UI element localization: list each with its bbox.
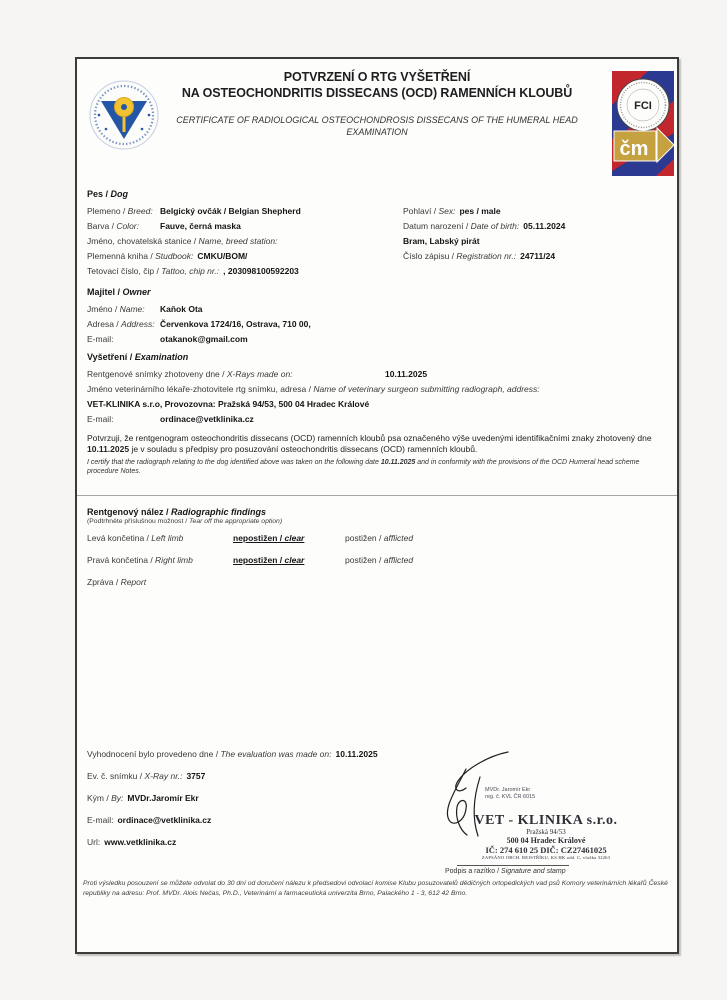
findings-section-heading: Rentgenový nález / Radiographic findings <box>87 507 266 517</box>
vet-reg-small: reg. č. KVL ČR 6015 <box>485 794 535 801</box>
xray-date-label: Rentgenové snímky zhotoveny dne / X-Rays… <box>87 367 385 382</box>
left-limb-finding-row: Levá končetina / Left limb nepostižen / … <box>87 533 413 543</box>
appeal-instructions-paragraph: Proti výsledku posouzení se můžete odvol… <box>83 879 669 898</box>
studbook-value: CMKU/BOM/ <box>197 249 247 264</box>
veterinarian-registration-note: MVDr. Jaromír Ekr reg. č. KVL ČR 6015 <box>485 787 535 800</box>
birth-label: Datum narození / Date of birth: <box>403 219 519 234</box>
xray-date-value: 10.11.2025 <box>385 367 427 382</box>
registration-value: 24711/24 <box>520 249 555 264</box>
tattoo-value: , 203098100592203 <box>223 264 299 279</box>
name-station-label: Jméno, chovatelská stanice / Name, breed… <box>87 234 277 249</box>
dog-name-value: Bram, Labský pirát <box>403 234 480 249</box>
dog-details-right: Pohlaví / Sex: pes / male Datum narození… <box>403 204 673 264</box>
cert-cz-text-after: je v souladu s předpisy pro posuzování o… <box>129 444 477 454</box>
right-limb-finding-row: Pravá končetina / Right limb nepostižen … <box>87 555 413 565</box>
tattoo-label: Tetovací číslo, čip / Tattoo, chip nr.: <box>87 264 219 279</box>
cert-en-text-before: I certify that the radiograph relating t… <box>87 459 381 466</box>
clinic-value: VET-KLINIKA s.r.o, Provozovna: Pražská 9… <box>87 397 369 412</box>
evaluation-details: Vyhodnocení bylo provedeno dne / The eva… <box>87 743 447 853</box>
dog-sex-row: Pohlaví / Sex: pes / male <box>403 204 673 219</box>
subtitle-line1: CERTIFICATE OF RADIOLOGICAL OSTEOCHONDRO… <box>167 114 587 126</box>
xray-number-row: Ev. č. snímku / X-Ray nr.: 3757 <box>87 765 447 787</box>
certification-paragraph-czech: Potvrzuji, že rentgenogram osteochondrit… <box>87 433 669 455</box>
owner-email-label: E-mail: <box>87 332 160 347</box>
findings-underline-note: (Podtrhněte příslušnou možnost / Tear of… <box>87 518 282 525</box>
clinic-email-row: E-mail: ordinace@vetklinika.cz <box>87 809 447 831</box>
subtitle-line2: EXAMINATION <box>167 126 587 138</box>
left-limb-afflicted-option: postižen / afflicted <box>345 533 413 543</box>
evaluated-by-value: MVDr.Jaromír Ekr <box>127 787 198 809</box>
dog-name-station-row: Jméno, chovatelská stanice / Name, breed… <box>87 234 405 249</box>
dog-birth-row: Datum narození / Date of birth: 05.11.20… <box>403 219 673 234</box>
surgeon-label: Jméno veterinárního lékaře-zhotovitele r… <box>87 382 540 397</box>
clinic-url-label: Url: <box>87 831 100 853</box>
certification-paragraph-english: I certify that the radiograph relating t… <box>87 458 669 476</box>
breed-label: Plemeno / Breed: <box>87 204 160 219</box>
owner-email-value: otakanok@gmail.com <box>160 332 248 347</box>
cmu-text: čm <box>620 138 649 160</box>
title-line1: POTVRZENÍ O RTG VYŠETŘENÍ <box>167 69 587 85</box>
exam-email-value: ordinace@vetklinika.cz <box>160 412 254 427</box>
clinic-email-value: ordinace@vetklinika.cz <box>117 809 211 831</box>
stamp-clinic-name: VET - KLINIKA s.r.o. <box>435 813 657 828</box>
owner-section-heading: Majitel / Owner <box>87 287 151 297</box>
breed-value: Belgický ovčák / Belgian Shepherd <box>160 204 301 219</box>
evaluated-by-row: Kým / By: MVDr.Jaromír Ekr <box>87 787 447 809</box>
certificate-frame: POTVRZENÍ O RTG VYŠETŘENÍ NA OSTEOCHONDR… <box>75 57 679 954</box>
dog-registration-row: Číslo zápisu / Registration nr.: 24711/2… <box>403 249 673 264</box>
exam-email-label: E-mail: <box>87 412 160 427</box>
right-limb-label: Pravá končetina / Right limb <box>87 555 233 565</box>
xray-number-value: 3757 <box>186 765 205 787</box>
dog-breed-row: Plemeno / Breed: Belgický ovčák / Belgia… <box>87 204 405 219</box>
owner-email-row: E-mail: otakanok@gmail.com <box>87 332 507 347</box>
registration-label: Číslo zápisu / Registration nr.: <box>403 249 516 264</box>
clinic-url-row: Url: www.vetklinika.cz <box>87 831 447 853</box>
dog-tattoo-row: Tetovací číslo, čip / Tattoo, chip nr.: … <box>87 264 405 279</box>
stamp-company-ids: IČ: 274 610 25 DIČ: CZ27461025 <box>435 845 657 855</box>
examination-section-heading: Vyšetření / Examination <box>87 352 188 362</box>
signature-stamp-caption: Podpis a razítko / Signature and stamp <box>445 868 645 875</box>
owner-address-value: Červenkova 1724/16, Ostrava, 710 00, <box>160 317 311 332</box>
dog-studbook-row: Plemenná kniha / Studbook: CMKU/BOM/ <box>87 249 405 264</box>
report-label: Zpráva / Report <box>87 577 146 587</box>
cert-cz-date: 10.11.2025 <box>87 444 129 454</box>
subtitle-english: CERTIFICATE OF RADIOLOGICAL OSTEOCHONDRO… <box>167 114 587 138</box>
fci-cmku-banner-icon: FCI čm <box>612 71 674 176</box>
birth-value: 05.11.2024 <box>523 219 565 234</box>
color-value: Fauve, černá maska <box>160 219 241 234</box>
document-titles: POTVRZENÍ O RTG VYŠETŘENÍ NA OSTEOCHONDR… <box>167 69 587 138</box>
sex-label: Pohlaví / Sex: <box>403 204 455 219</box>
title-line2: NA OSTEOCHONDRITIS DISSECANS (OCD) RAMEN… <box>167 85 587 101</box>
cert-cz-text-before: Potvrzuji, že rentgenogram osteochondrit… <box>87 433 652 443</box>
scanned-page-background: POTVRZENÍ O RTG VYŠETŘENÍ NA OSTEOCHONDR… <box>0 0 727 1000</box>
dog-name-row: Bram, Labský pirát <box>403 234 673 249</box>
dog-details-left: Plemeno / Breed: Belgický ovčák / Belgia… <box>87 204 405 279</box>
owner-address-row: Adresa / Address: Červenkova 1724/16, Os… <box>87 317 507 332</box>
owner-details: Jméno / Name: Kaňok Ota Adresa / Address… <box>87 302 507 347</box>
surgeon-label-row: Jméno veterinárního lékaře-zhotovitele r… <box>87 382 672 397</box>
cert-en-date: 10.11.2025 <box>381 459 416 466</box>
owner-address-label: Adresa / Address: <box>87 317 160 332</box>
left-limb-label: Levá končetina / Left limb <box>87 533 233 543</box>
dog-color-row: Barva / Color: Fauve, černá maska <box>87 219 405 234</box>
owner-name-row: Jméno / Name: Kaňok Ota <box>87 302 507 317</box>
section-divider-line <box>77 495 677 496</box>
exam-email-row: E-mail: ordinace@vetklinika.cz <box>87 412 672 427</box>
clinic-url-value: www.vetklinika.cz <box>104 831 176 853</box>
evaluation-date-value: 10.11.2025 <box>335 743 377 765</box>
evaluation-date-label: Vyhodnocení bylo provedeno dne / The eva… <box>87 743 331 765</box>
owner-name-value: Kaňok Ota <box>160 302 203 317</box>
vet-name-small: MVDr. Jaromír Ekr <box>485 787 535 794</box>
stamp-city: 500 04 Hradec Králové <box>435 836 657 845</box>
clinic-email-label: E-mail: <box>87 809 113 831</box>
color-label: Barva / Color: <box>87 219 160 234</box>
stamp-street: Pražská 94/53 <box>435 828 657 836</box>
evaluation-date-row: Vyhodnocení bylo provedeno dne / The eva… <box>87 743 447 765</box>
left-limb-clear-option: nepostižen / clear <box>233 533 345 543</box>
right-limb-clear-option: nepostižen / clear <box>233 555 345 565</box>
clinic-row: VET-KLINIKA s.r.o, Provozovna: Pražská 9… <box>87 397 672 412</box>
evaluated-by-label: Kým / By: <box>87 787 123 809</box>
xray-number-label: Ev. č. snímku / X-Ray nr.: <box>87 765 182 787</box>
veterinary-chamber-logo-icon <box>88 77 160 153</box>
dog-section-heading: Pes / Dog <box>87 189 128 199</box>
clinic-stamp: VET - KLINIKA s.r.o. Pražská 94/53 500 0… <box>435 813 657 861</box>
owner-name-label: Jméno / Name: <box>87 302 160 317</box>
fci-text: FCI <box>634 100 652 112</box>
signature-line <box>457 865 569 866</box>
examination-details: Rentgenové snímky zhotoveny dne / X-Rays… <box>87 367 672 427</box>
xray-date-row: Rentgenové snímky zhotoveny dne / X-Rays… <box>87 367 672 382</box>
studbook-label: Plemenná kniha / Studbook: <box>87 249 193 264</box>
sex-value: pes / male <box>459 204 500 219</box>
stamp-registry-note: ZAPSÁNO OBCH. REJSTŘÍKU, KS HK odd. C, v… <box>435 855 657 861</box>
right-limb-afflicted-option: postižen / afflicted <box>345 555 413 565</box>
